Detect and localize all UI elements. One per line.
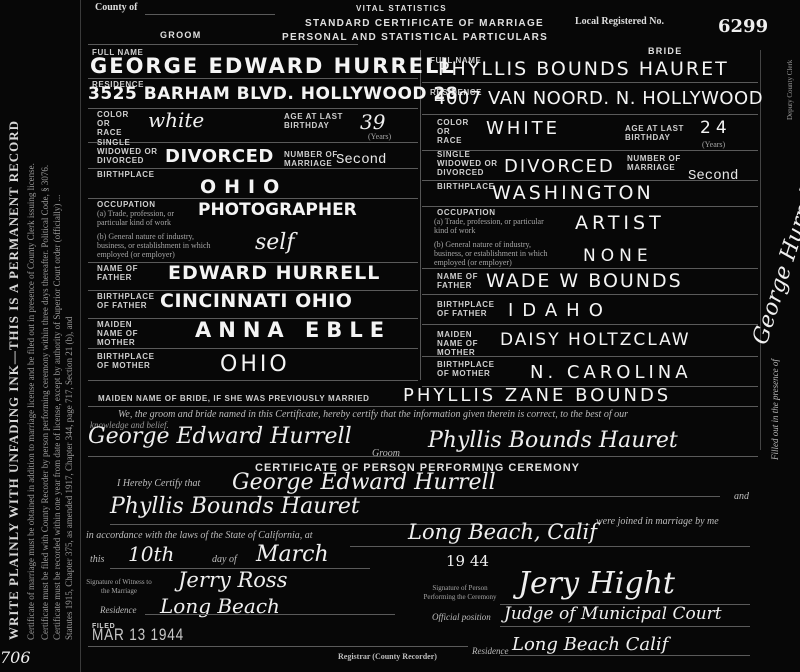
bride-residence: 4007 VAN NOORD. N. HOLLYWOOD [434,88,763,109]
bride-color-label: COLOR OR RACE [437,118,477,145]
bride-age-unit: (Years) [702,140,725,149]
bride-occupation: ARTIST [575,212,665,234]
bride-mother-birthplace: N. CAROLINA [530,362,692,383]
county-label: County of [95,2,138,13]
and-text: and [734,491,749,502]
left-margin: WRITE PLAINLY WITH UNFADING INK—THIS IS … [0,0,80,672]
groom-status: DIVORCED [165,146,274,167]
row-line [422,356,758,357]
bride-status-label: SINGLE WIDOWED OR DIVORCED [437,150,507,177]
groom-occupation: PHOTOGRAPHER [198,200,357,220]
groom-heading: GROOM [160,30,202,40]
witness-residence-label: Residence [100,605,136,615]
bride-occupation-sub-b: (b) General nature of industry, business… [434,240,554,267]
bride-mother-maiden: DAISY HOLTZCLAW [500,330,691,350]
previous-name-label: MAIDEN NAME OF BRIDE, IF SHE WAS PREVIOU… [98,394,370,403]
officiant-residence: Long Beach Calif [512,634,668,655]
groom-signature: George Edward Hurrell [88,424,352,449]
groom-occupation-sub-b: (b) General nature of industry, business… [97,232,217,259]
bride-father-name-label: NAME OF FATHER [437,272,482,290]
bride-mother-birthplace-label: BIRTHPLACE OF MOTHER [437,360,497,378]
row-line [422,324,758,325]
bride-father-birthplace: IDAHO [508,300,612,321]
officiant-position: Judge of Municipal Court [504,604,722,624]
accordance-text: in accordance with the laws of the State… [86,530,313,541]
bride-mother-maiden-label: MAIDEN NAME OF MOTHER [437,330,482,357]
groom-full-name: GEORGE EDWARD HURRELL [90,54,456,78]
row-line [88,108,418,109]
row-line [88,348,418,349]
groom-color-label: COLOR OR RACE [97,110,137,137]
header-line [88,44,358,45]
ceremony-year: 19 44 [446,552,489,570]
groom-father-name: EDWARD HURRELL [168,262,380,284]
certificate-title: STANDARD CERTIFICATE OF MARRIAGE [305,18,544,29]
row-line [88,78,418,79]
row-line [500,655,750,656]
groom-residence: 3525 BARHAM BLVD. HOLLYWOOD 28 [88,84,458,104]
groom-occupation-sub-a: (a) Trade, profession, or particular kin… [97,209,192,227]
certificate-subtitle: PERSONAL AND STATISTICAL PARTICULARS [282,32,548,43]
margin-warning-text: WRITE PLAINLY WITH UNFADING INK—THIS IS … [6,120,22,640]
vital-statistics-label: VITAL STATISTICS [356,4,447,13]
page-number: 706 [0,648,31,667]
marriage-certificate: WRITE PLAINLY WITH UNFADING INK—THIS IS … [0,0,800,672]
groom-birthplace-label: BIRTHPLACE [97,170,155,179]
bride-marriage-number-label: NUMBER OF MARRIAGE [627,154,687,172]
row-line [88,406,758,407]
groom-age-unit: (Years) [368,132,391,141]
bride-age-label: AGE AT LAST BIRTHDAY [625,124,685,142]
this-text: this [90,554,104,565]
bride-birthplace-label: BIRTHPLACE [437,182,495,191]
ceremony-month: March [256,542,329,567]
groom-signature-label: Groom [372,448,400,459]
ceremony-place: Long Beach, Calif [408,520,597,544]
row-line [350,546,750,547]
bride-occupation-sub-a: (a) Trade, profession, or particular kin… [434,217,544,235]
row-line [422,206,758,207]
row-line [88,168,418,169]
row-line [88,198,418,199]
ceremony-groom-name: George Edward Hurrell [232,470,496,495]
county-line [145,14,275,15]
bride-heading: BRIDE [648,46,683,56]
row-line [88,456,758,457]
groom-age-label: AGE AT LAST BIRTHDAY [284,112,344,130]
previous-name: PHYLLIS ZANE BOUNDS [403,385,671,406]
row-line [88,646,468,647]
margin-fine-print-1: Certificate of marriage must be obtained… [26,163,36,640]
bride-occupation-label: OCCUPATION [437,208,496,217]
local-registered-number: 6299 [718,16,768,37]
groom-mother-maiden-label: MAIDEN NAME OF MOTHER [97,320,142,347]
groom-status-label: SINGLE WIDOWED OR DIVORCED [97,138,167,165]
row-line [500,626,750,627]
margin-divider [80,0,81,672]
groom-mother-birthplace: OHIO [220,352,290,377]
bride-industry: NONE [583,246,653,266]
right-margin-text: Filled out in the presence of [770,359,780,460]
row-line [422,180,758,181]
groom-occupation-label: OCCUPATION [97,200,156,209]
registrar-label: Registrar (County Recorder) [338,652,437,661]
bride-age: 24 [700,118,732,138]
officiant-signature: Jery Hight [518,566,675,601]
bride-father-birthplace-label: BIRTHPLACE OF FATHER [437,300,497,318]
row-line [422,114,758,115]
right-margin-signature: George Hurrell [748,178,800,347]
groom-industry: self [255,230,295,255]
groom-age: 39 [360,110,385,134]
row-line [422,82,758,83]
margin-fine-print-4: Statutes 1915, Chapter 375, as amended 1… [64,317,74,640]
witness-label: Signature of Witness to the Marriage [86,578,152,596]
bride-status: DIVORCED [504,156,615,177]
margin-fine-print-3: Certificate must be recorded within one … [52,195,62,640]
certify-text: I Hereby Certify that [117,478,200,489]
groom-father-name-label: NAME OF FATHER [97,264,142,282]
bride-birthplace: WASHINGTON [492,182,654,204]
joined-text: were joined in marriage by me [596,516,719,527]
bride-color: WHITE [486,118,560,139]
witness-signature: Jerry Ross [178,568,287,592]
day-of-text: day of [212,554,237,565]
local-registered-label: Local Registered No. [575,16,664,27]
margin-fine-print-2: Certificate must be filed with County Re… [40,165,50,640]
groom-father-birthplace-label: BIRTHPLACE OF FATHER [97,292,157,310]
groom-birthplace: OHIO [200,176,287,198]
right-border [760,50,761,450]
row-line [422,294,758,295]
officiant-label: Signature of Person Performing the Cerem… [420,584,500,602]
row-line [145,614,395,615]
filed-date-stamp: MAR 13 1944 [92,625,184,645]
groom-color: white [148,108,204,132]
bride-signature: Phyllis Bounds Hauret [428,428,678,453]
row-line [88,380,418,381]
groom-mother-birthplace-label: BIRTHPLACE OF MOTHER [97,352,157,370]
declaration-text: We, the groom and bride named in this Ce… [118,409,628,420]
groom-marriage-number: Second [336,152,386,168]
row-line [422,268,758,269]
bride-full-name: PHYLLIS BOUNDS HAURET [438,58,729,80]
groom-mother-maiden: ANNA EBLE [195,318,391,342]
groom-father-birthplace: CINCINNATI OHIO [160,290,352,312]
ceremony-day: 10th [128,542,174,566]
ceremony-bride-name: Phyllis Bounds Hauret [110,494,360,519]
position-label: Official position [432,612,491,622]
bride-father-name: WADE W BOUNDS [486,270,683,292]
bride-marriage-number: Second [688,168,738,184]
right-margin-clerk: Deputy County Clerk [786,60,794,120]
groom-marriage-number-label: NUMBER OF MARRIAGE [284,150,339,168]
